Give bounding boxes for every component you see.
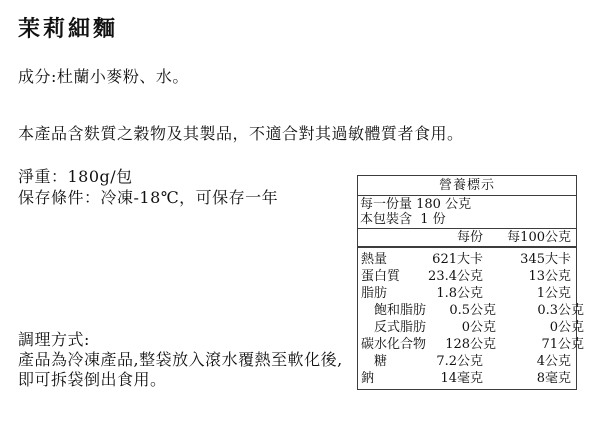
nutrient-name: 鈉 [361,370,413,387]
nutrition-row: 糖 7.2公克 4公克 [358,353,576,370]
nutrition-table-title: 營養標示 [358,176,576,196]
nutrient-per-serving: 14毫克 [413,370,483,387]
serving-info-section: 每一份量 180 公克 本包裝含 1 份 [358,196,576,229]
nutrient-per-100g: 345大卡 [483,251,571,268]
nutrient-per-100g: 4公克 [483,353,571,370]
nutrient-name: 蛋白質 [361,268,413,285]
nutrition-row: 反式脂肪 0公克 0公克 [358,319,576,336]
allergen-warning-line: 本產品含麩質之穀物及其製品，不適合對其過敏體質者食用。 [18,121,464,144]
nutrient-per-100g: 0.3公克 [496,302,584,319]
nutrient-per-serving: 128公克 [426,336,496,353]
cooking-step-line: 產品為冷凍產品,整袋放入滾水覆熱至軟化後, [18,350,343,370]
servings-per-pack-line: 本包裝含 1 份 [360,212,572,227]
nutrient-name-header [361,229,413,246]
cooking-title: 調理方式: [18,330,343,350]
per-100g-header: 每100公克 [483,229,571,246]
weight-storage-block: 淨重：180g/包 保存條件：冷凍-18℃，可保存一年 [18,166,278,208]
nutrition-row: 鈉 14毫克 8毫克 [358,370,576,387]
nutrient-name: 熱量 [361,251,413,268]
nutrient-per-100g: 1公克 [483,285,571,302]
nutrition-row: 熱量 621大卡 345大卡 [358,251,576,268]
nutrient-per-serving: 621大卡 [413,251,483,268]
nutrient-per-serving: 1.8公克 [413,285,483,302]
nutrient-per-serving: 7.2公克 [413,353,483,370]
nutrition-row: 蛋白質 23.4公克 13公克 [358,268,576,285]
cooking-step-line: 即可拆袋倒出食用。 [18,370,343,390]
nutrient-name: 反式脂肪 [361,319,426,336]
cooking-instructions-block: 調理方式: 產品為冷凍產品,整袋放入滾水覆熱至軟化後, 即可拆袋倒出食用。 [18,330,343,390]
nutrient-per-serving: 0.5公克 [426,302,496,319]
nutrient-per-100g: 0公克 [496,319,584,336]
nutrient-per-100g: 13公克 [483,268,571,285]
nutrient-per-100g: 8毫克 [483,370,571,387]
serving-size-line: 每一份量 180 公克 [360,197,572,212]
net-weight-line: 淨重：180g/包 [18,166,278,187]
nutrition-column-headers: 每份 每100公克 [358,229,576,248]
nutrient-per-serving: 0公克 [426,319,496,336]
storage-condition-line: 保存條件：冷凍-18℃，可保存一年 [18,187,278,208]
nutrition-row: 碳水化合物 128公克 71公克 [358,336,576,353]
per-serving-header: 每份 [413,229,483,246]
nutrient-name: 糖 [361,353,413,370]
nutrition-rows: 熱量 621大卡 345大卡 蛋白質 23.4公克 13公克 脂肪 1.8公克 … [358,248,576,387]
nutrient-name: 脂肪 [361,285,413,302]
nutrient-name: 飽和脂肪 [361,302,426,319]
nutrition-facts-table: 營養標示 每一份量 180 公克 本包裝含 1 份 每份 每100公克 熱量 6… [357,175,577,390]
nutrient-per-serving: 23.4公克 [413,268,483,285]
nutrition-row: 脂肪 1.8公克 1公克 [358,285,576,302]
product-spec-document: 茉莉細麵 成分:杜蘭小麥粉、水。 本產品含麩質之穀物及其製品，不適合對其過敏體質… [0,0,600,432]
nutrient-per-100g: 71公克 [496,336,584,353]
nutrition-row: 飽和脂肪 0.5公克 0.3公克 [358,302,576,319]
ingredients-line: 成分:杜蘭小麥粉、水。 [18,64,189,87]
page-title: 茉莉細麵 [18,12,118,43]
nutrient-name: 碳水化合物 [361,336,426,353]
